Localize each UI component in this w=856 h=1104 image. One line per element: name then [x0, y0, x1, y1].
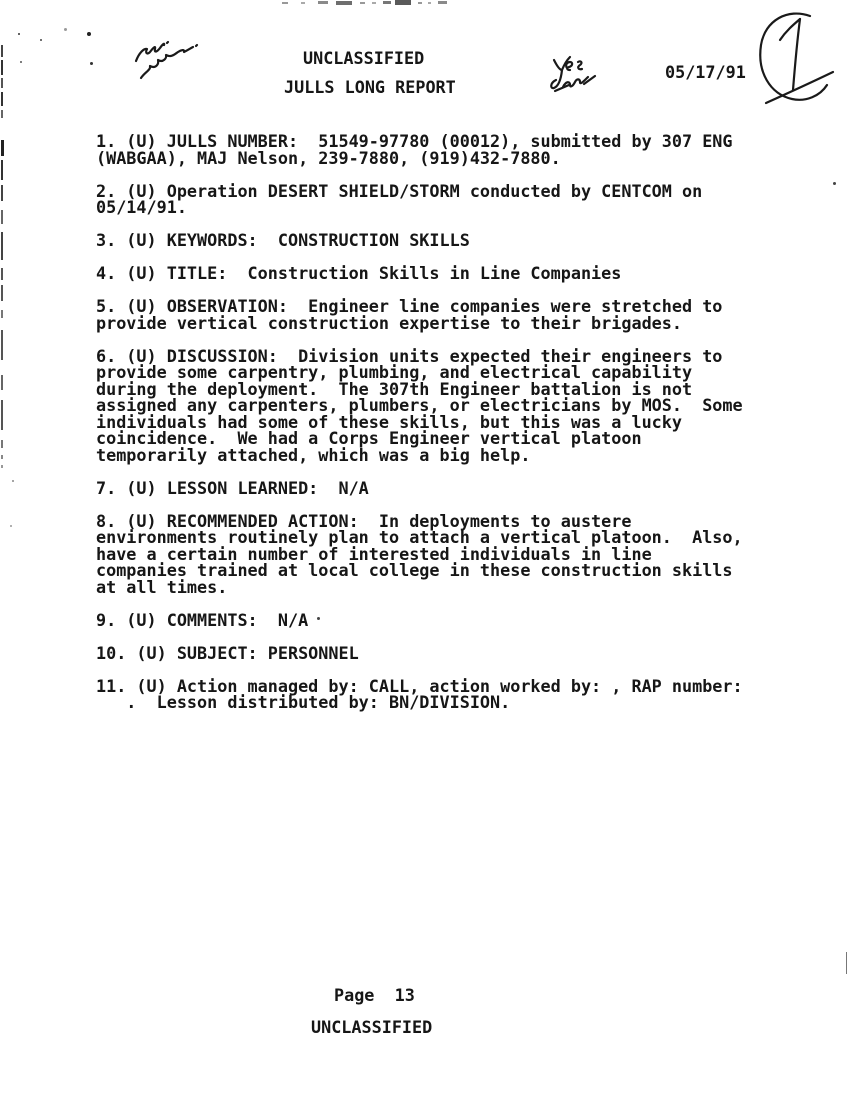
report-item-1: 1. (U) JULLS NUMBER: 51549-97780 (00012)… [96, 133, 796, 166]
header-date: 05/17/91 [665, 64, 746, 81]
report-item-5: 5. (U) OBSERVATION: Engineer line compan… [96, 298, 796, 331]
report-item-2: 2. (U) Operation DESERT SHIELD/STORM con… [96, 183, 796, 216]
report-item-6: 6. (U) DISCUSSION: Division units expect… [96, 348, 796, 464]
report-item-11: 11. (U) Action managed by: CALL, action … [96, 678, 796, 711]
scanned-document-page: { "header": { "classification": "UNCLASS… [0, 0, 856, 1104]
report-item-9: 9. (U) COMMENTS: N/A [96, 612, 796, 629]
report-item-8: 8. (U) RECOMMENDED ACTION: In deployment… [96, 513, 796, 596]
handwritten-circled-one [760, 14, 833, 103]
header-classification: UNCLASSIFIED [303, 50, 424, 67]
report-item-4: 4. (U) TITLE: Construction Skills in Lin… [96, 265, 796, 282]
report-item-10: 10. (U) SUBJECT: PERSONNEL [96, 645, 796, 662]
handwritten-yes-note [551, 57, 595, 91]
report-item-7: 7. (U) LESSON LEARNED: N/A [96, 480, 796, 497]
handwritten-top-left-note [136, 42, 197, 78]
report-body: 1. (U) JULLS NUMBER: 51549-97780 (00012)… [96, 133, 796, 727]
footer-classification: UNCLASSIFIED [311, 1019, 432, 1036]
report-item-3: 3. (U) KEYWORDS: CONSTRUCTION SKILLS [96, 232, 796, 249]
document-title: JULLS LONG REPORT [284, 79, 456, 96]
page-number: Page 13 [334, 987, 415, 1004]
